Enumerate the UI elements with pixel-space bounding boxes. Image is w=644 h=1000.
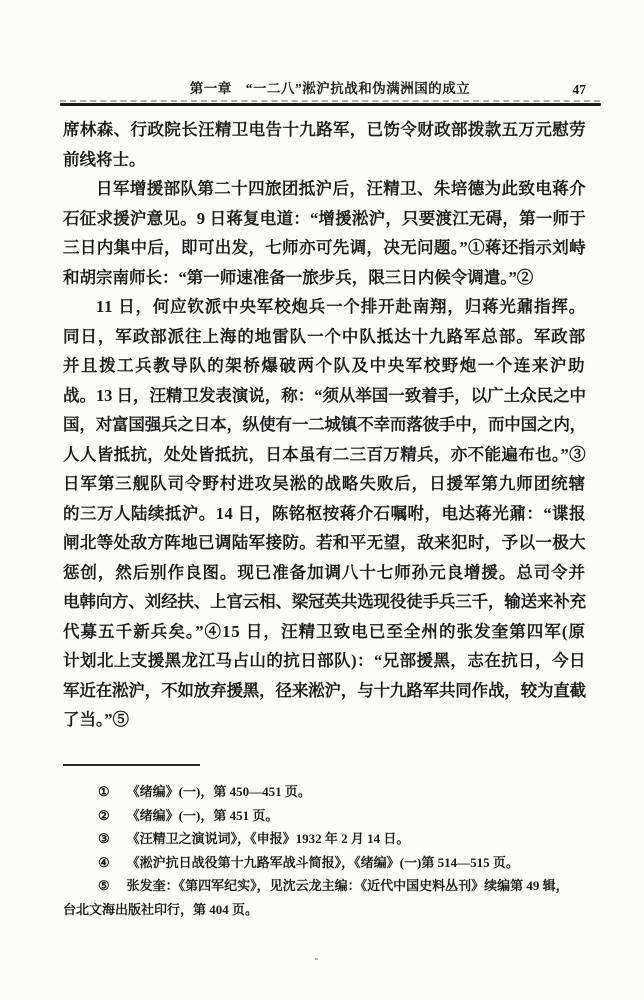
- body-line: 同日，军政部派往上海的地雷队一个中队抵达十九路军总部。军政部: [63, 322, 586, 352]
- header-rule: [60, 103, 601, 106]
- body-line: 人人皆抵抗，处处皆抵抗，日本虽有二三百万精兵，亦不能遍布也。”③: [63, 440, 586, 470]
- running-head-chapter-title: 第一章 “一二八”淞沪抗战和伪满洲国的成立: [60, 79, 600, 99]
- book-page: 第一章 “一二八”淞沪抗战和伪满洲国的成立 47 席林森、行政院长汪精卫电告十九…: [0, 0, 644, 1000]
- body-line: 11 日，何应钦派中央军校炮兵一个排开赴南翔，归蒋光鼐指挥。: [63, 292, 586, 322]
- body-line: 电韩向方、刘经扶、上官云相、梁冠英共选现役徒手兵三千，输送来补充: [63, 587, 586, 617]
- body-line: 闸北等处敌方阵地已调陆军接防。若和平无望，敌来犯时，予以一极大: [63, 528, 586, 558]
- footnote-marker: ⑤: [98, 874, 110, 898]
- body-line: 石征求援沪意见。9 日蒋复电道：“增援淞沪，只要渡江无碍，第一师于: [63, 204, 586, 234]
- body-line: 代募五千新兵矣。”④15 日，汪精卫致电已至全州的张发奎第四军(原: [63, 617, 586, 647]
- body-line: 国，对富国强兵之日本，纵使有一二城镇不幸而落彼手中，而中国之内，: [63, 410, 586, 440]
- footnote-text: 台北文海出版社印行，第 404 页。: [63, 902, 258, 917]
- body-line: 和胡宗南师长：“第一师速准备一旅步兵，限三日内候令调遣。”②: [63, 263, 586, 293]
- body-line: 三日内集中后，即可出发，七师亦可先调，决无问题。”①蒋还指示刘峙: [63, 233, 586, 263]
- body-text-block: 席林森、行政院长汪精卫电告十九路军，已饬令财政部拨款五万元慰劳前线将士。日军增援…: [63, 115, 586, 735]
- body-line: 前线将士。: [63, 145, 586, 175]
- footnote-item: ①《绪编》(一)，第 450—451 页。: [63, 780, 586, 804]
- footnote-text: 张发奎：《第四军纪实》，见沈云龙主编：《近代中国史料丛刊》续编第 49 辑，: [127, 878, 569, 893]
- footnote-marker: ④: [98, 851, 110, 875]
- footnote-text: 《汪精卫之演说词》，《申报》1932 年 2 月 14 日。: [127, 831, 410, 846]
- footnote-text: 《淞沪抗日战役第十九路军战斗简报》，《绪编》(一)第 514—515 页。: [127, 855, 519, 870]
- page-number: 47: [573, 80, 587, 100]
- footnote-continuation: 台北文海出版社印行，第 404 页。: [63, 898, 586, 922]
- footnote-divider: [63, 764, 200, 766]
- scan-artifact: [315, 958, 318, 960]
- footnote-text: 《绪编》(一)，第 450—451 页。: [127, 784, 311, 799]
- body-line: 战。13 日，汪精卫发表演说，称：“须从举国一致着手，以广土众民之中: [63, 381, 586, 411]
- header-rule-scan-dashes: [60, 100, 600, 102]
- footnote-item: ④《淞沪抗日战役第十九路军战斗简报》，《绪编》(一)第 514—515 页。: [63, 851, 586, 875]
- footnote-marker: ②: [98, 804, 110, 828]
- body-line: 计划北上支援黑龙江马占山的抗日部队)：“兄部援黑，志在抗日，今日: [63, 646, 586, 676]
- body-line: 的三万人陆续抵沪。14 日，陈铭枢按蒋介石嘱咐，电达蒋光鼐：“谍报: [63, 499, 586, 529]
- footnote-marker: ①: [98, 780, 110, 804]
- body-line: 了当。”⑤: [63, 705, 586, 735]
- body-line: 并且拨工兵教导队的架桥爆破两个队及中央军校野炮一个连来沪助: [63, 351, 586, 381]
- footnote-text: 《绪编》(一)，第 451 页。: [127, 808, 279, 823]
- footnote-item: ⑤张发奎：《第四军纪实》，见沈云龙主编：《近代中国史料丛刊》续编第 49 辑，: [63, 874, 586, 898]
- body-line: 军近在淞沪，不如放弃援黑，径来淞沪，与十九路军共同作战，较为直截: [63, 676, 586, 706]
- footnote-item: ③《汪精卫之演说词》，《申报》1932 年 2 月 14 日。: [63, 827, 586, 851]
- body-line: 席林森、行政院长汪精卫电告十九路军，已饬令财政部拨款五万元慰劳: [63, 115, 586, 145]
- footnotes-block: ①《绪编》(一)，第 450—451 页。②《绪编》(一)，第 451 页。③《…: [63, 780, 586, 921]
- footnote-item: ②《绪编》(一)，第 451 页。: [63, 804, 586, 828]
- body-line: 日军增援部队第二十四旅团抵沪后，汪精卫、朱培德为此致电蒋介: [63, 174, 586, 204]
- body-line: 惩创，然后别作良图。现已准备加调八十七师孙元良增援。总司令并: [63, 558, 586, 588]
- footnote-marker: ③: [98, 827, 110, 851]
- body-line: 日军第三舰队司令野村进攻吴淞的战略失败后，日援军第九师团统辖: [63, 469, 586, 499]
